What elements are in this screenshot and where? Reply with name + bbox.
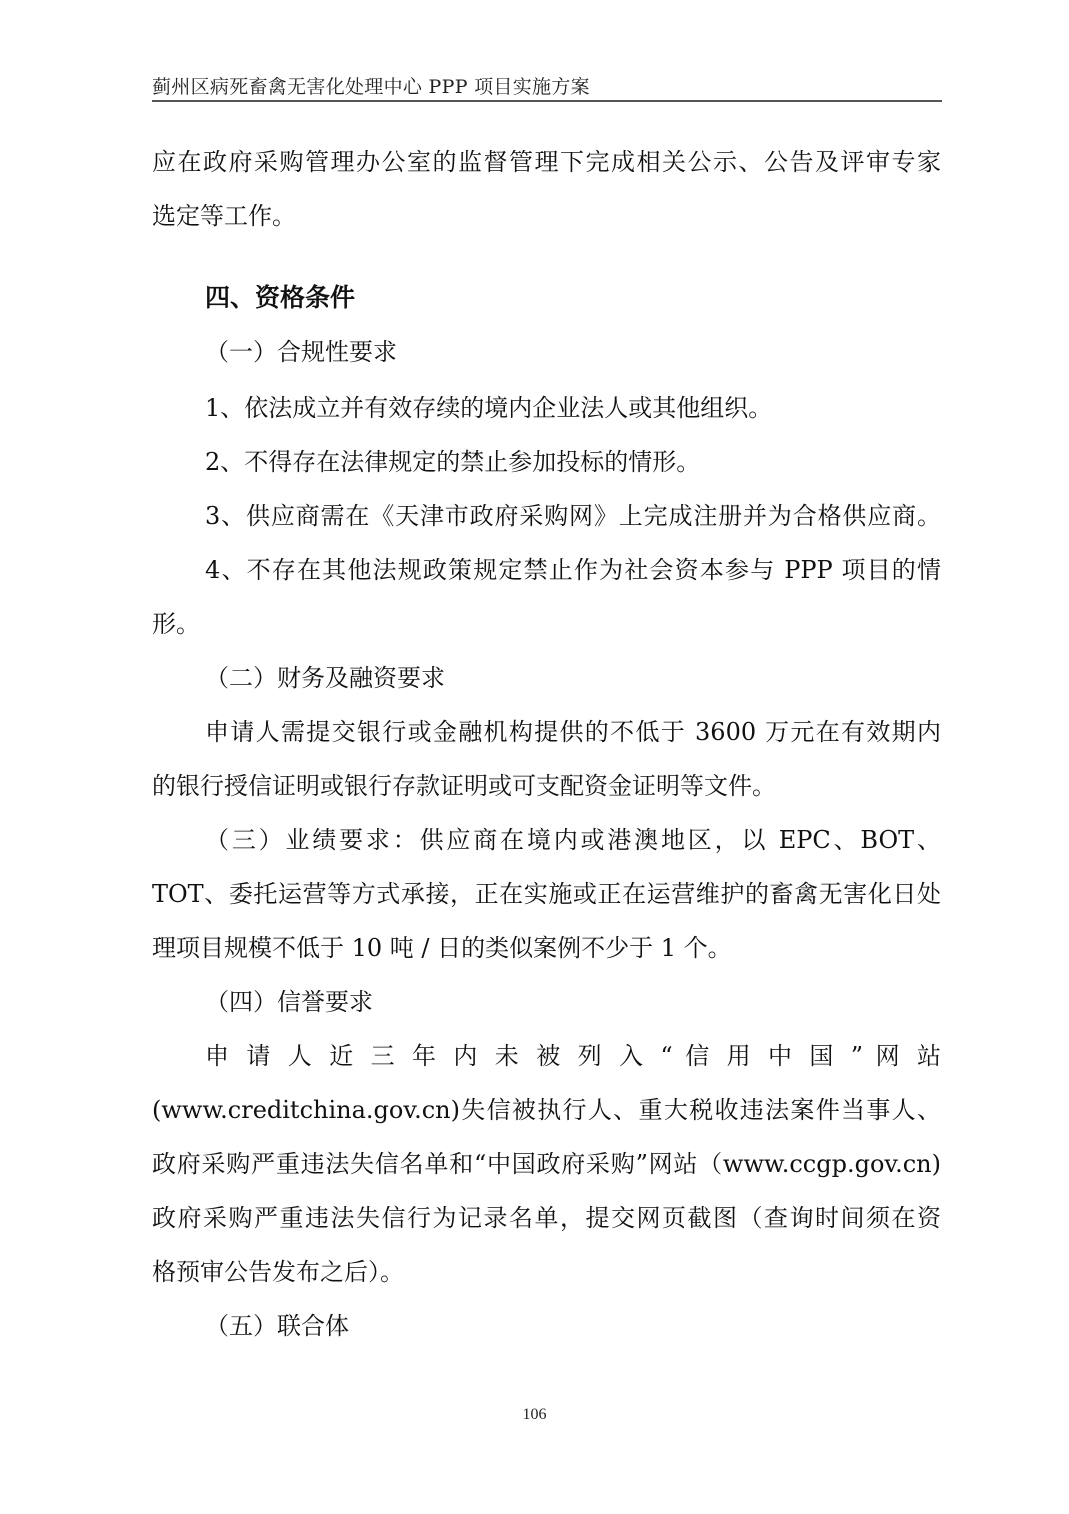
paragraph-line: 理项目规模不低于 10 吨 / 日的类似案例不少于 1 个。 [152, 933, 941, 963]
subsection-heading: （四）信誉要求 [205, 987, 941, 1017]
subsection-heading: （三）业绩要求：供应商在境内或港澳地区，以 EPC、BOT、BOO、 [205, 825, 941, 855]
paragraph-line: 申请人需提交银行或金融机构提供的不低于 3600 万元在有效期内 [205, 717, 941, 747]
subsection-heading: （五）联合体 [205, 1311, 941, 1341]
paragraph-line: 选定等工作。 [152, 201, 941, 231]
subsection-heading: （二）财务及融资要求 [205, 663, 941, 693]
paragraph-line: 应在政府采购管理办公室的监督管理下完成相关公示、公告及评审专家 [152, 147, 941, 177]
section-heading: 四、资格条件 [205, 283, 941, 313]
paragraph-line: TOT、委托运营等方式承接，正在实施或正在运营维护的畜禽无害化日处 [152, 879, 941, 909]
paragraph-line: 申 请 人 近 三 年 内 未 被 列 入 “ 信 用 中 国 ” 网 站 [205, 1041, 941, 1071]
document-page: 蓟州区病死畜禽无害化处理中心 PPP 项目实施方案 应在政府采购管理办公室的监督… [0, 0, 1069, 1514]
list-item: 2、不得存在法律规定的禁止参加投标的情形。 [205, 447, 941, 477]
header-divider [152, 100, 942, 102]
paragraph-line: 政府采购严重违法失信名单和“中国政府采购”网站（www.ccgp.gov.cn) [152, 1149, 941, 1179]
list-item: 4、不存在其他法规政策规定禁止作为社会资本参与 PPP 项目的情 [205, 555, 941, 585]
paragraph-line: 的银行授信证明或银行存款证明或可支配资金证明等文件。 [152, 771, 941, 801]
paragraph-line: 政府采购严重违法失信行为记录名单，提交网页截图（查询时间须在资 [152, 1203, 941, 1233]
running-header-title: 蓟州区病死畜禽无害化处理中心 PPP 项目实施方案 [152, 76, 590, 98]
paragraph-line: (www.creditchina.gov.cn)失信被执行人、重大税收违法案件当… [152, 1095, 941, 1125]
page-number: 106 [0, 1406, 1069, 1424]
list-item: 3、供应商需在《天津市政府采购网》上完成注册并为合格供应商。 [205, 501, 941, 531]
paragraph-line: 格预审公告发布之后）。 [152, 1257, 941, 1287]
subsection-heading: （一）合规性要求 [205, 337, 941, 367]
list-item-continuation: 形。 [152, 609, 941, 639]
list-item: 1、依法成立并有效存续的境内企业法人或其他组织。 [205, 393, 941, 423]
